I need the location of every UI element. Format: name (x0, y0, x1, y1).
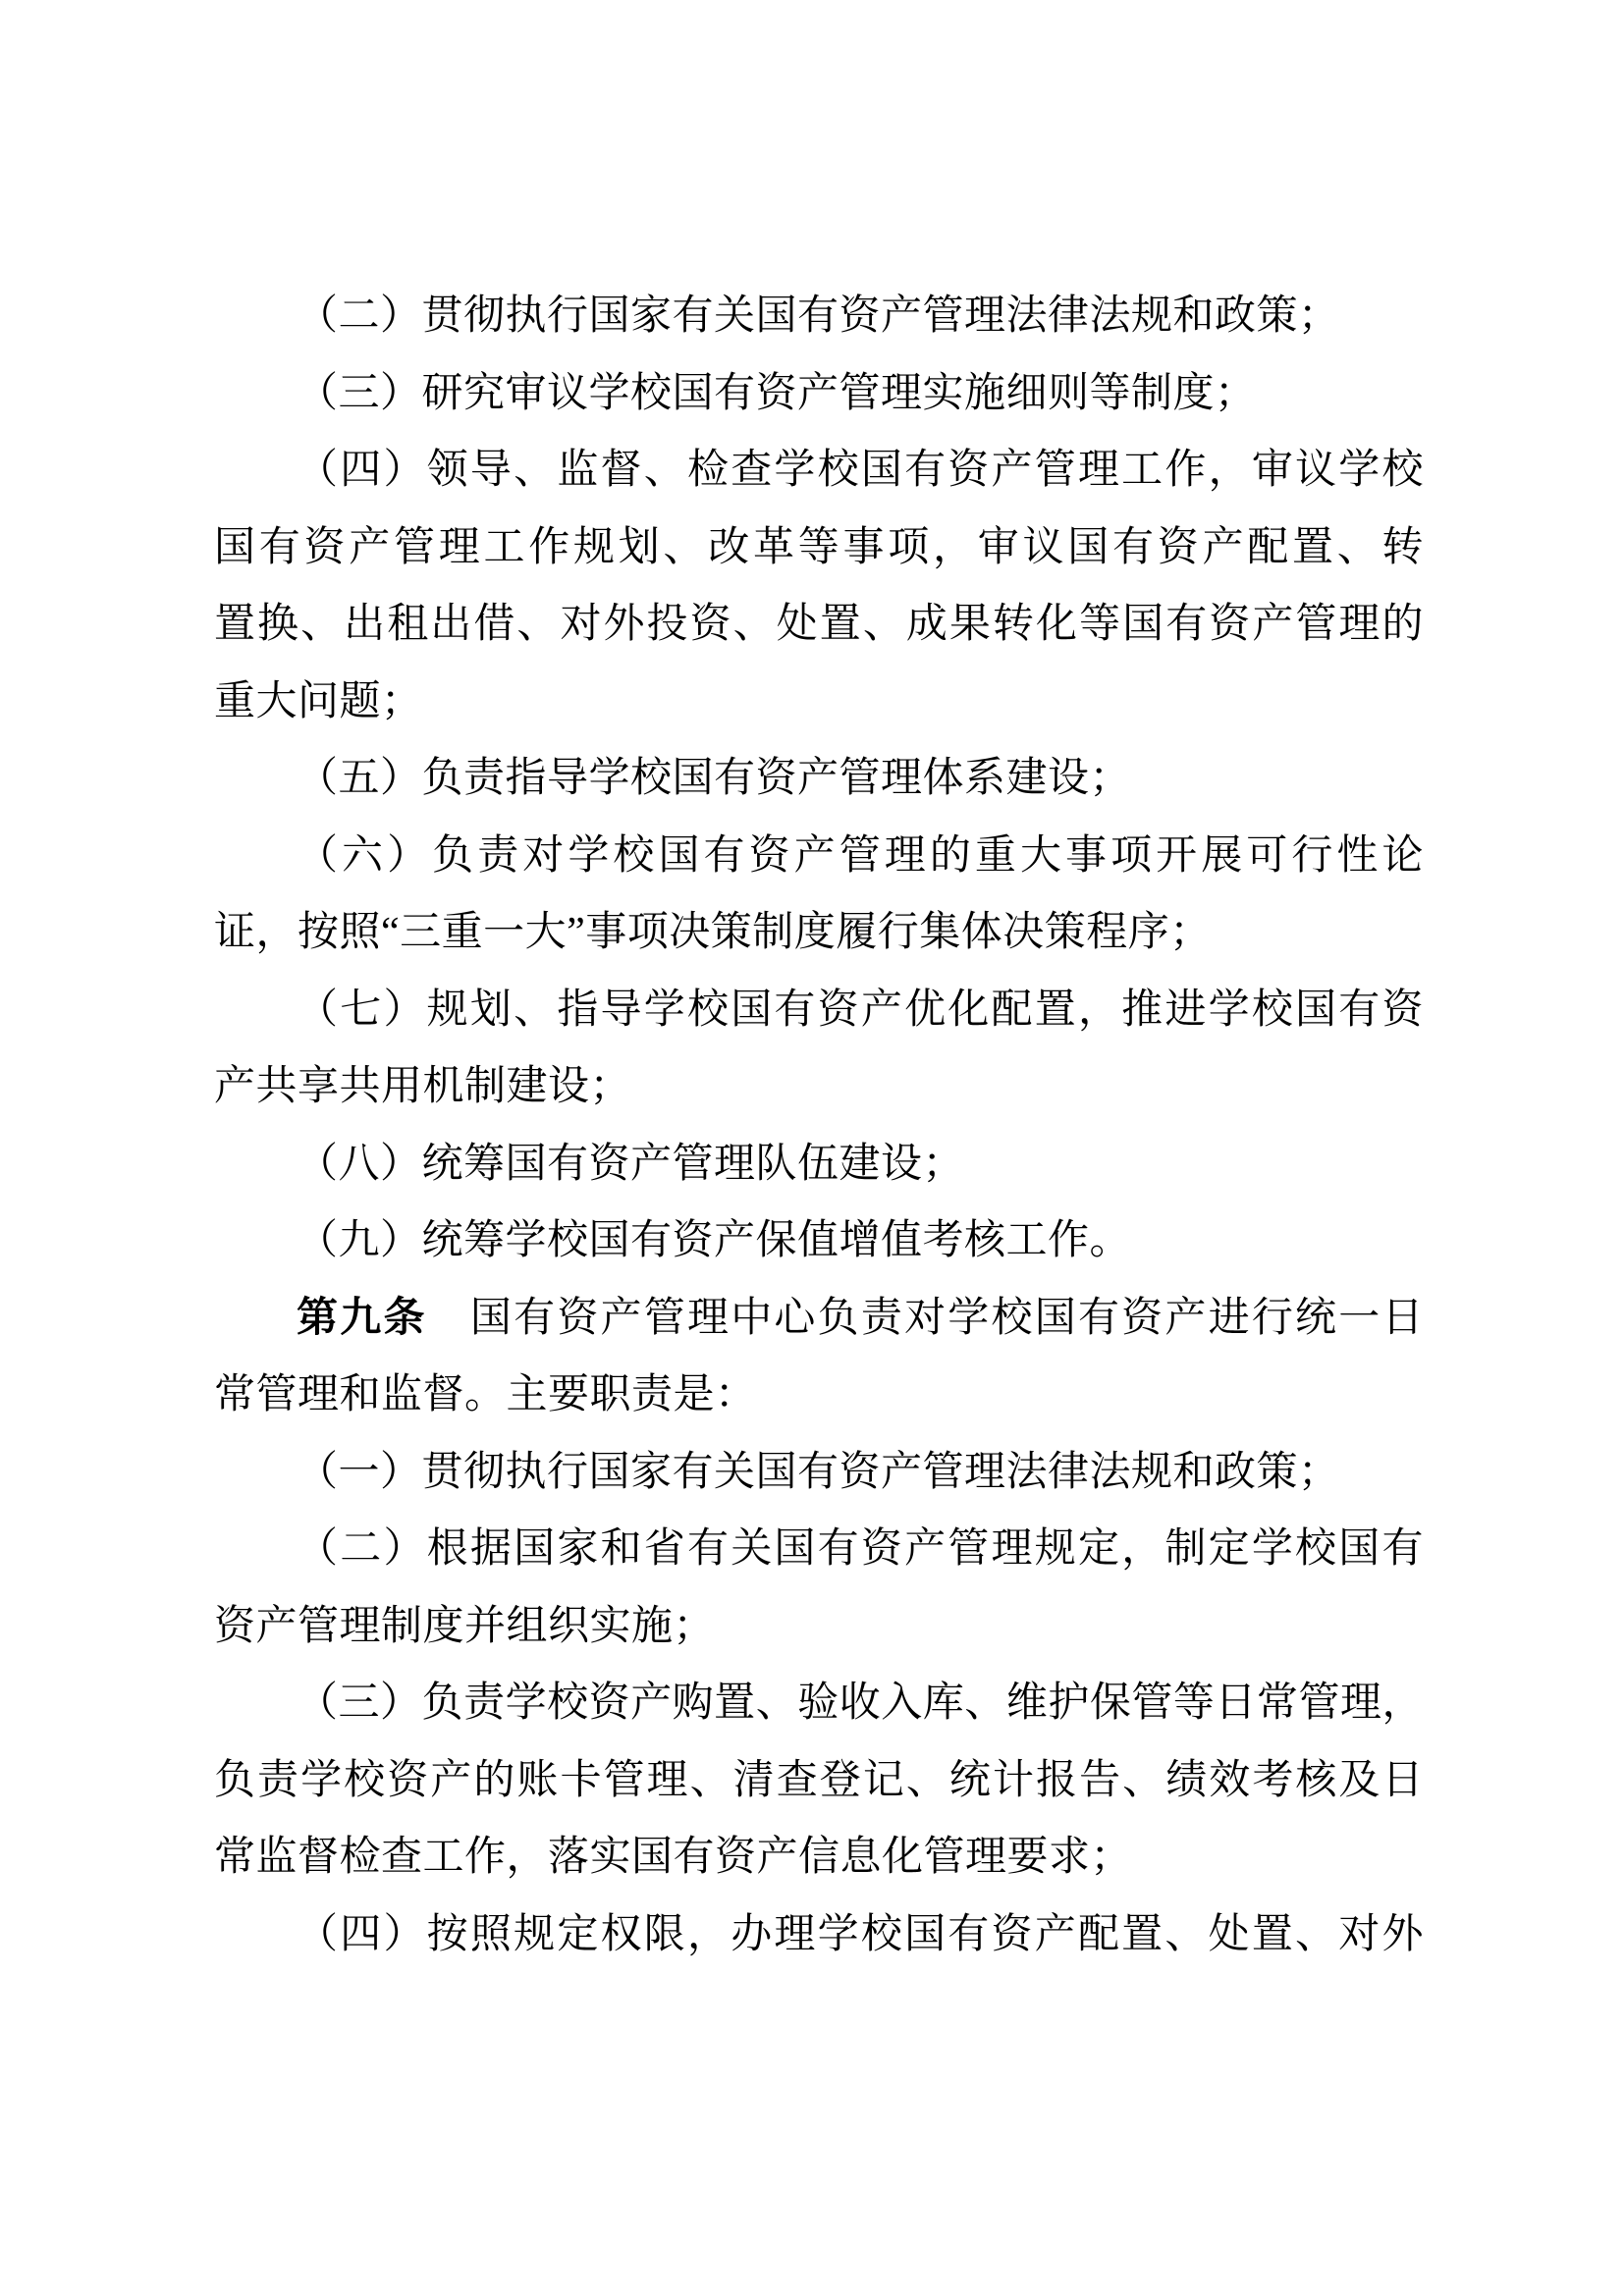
document-line: 常监督检查工作，落实国有资产信息化管理要求； (214, 1819, 1424, 1896)
document-line: （三）研究审议学校国有资产管理实施细则等制度； (214, 355, 1424, 433)
document-line: 置换、出租出借、对外投资、处置、成果转化等国有资产管理的 (214, 586, 1424, 664)
document-line: （八）统筹国有资产管理队伍建设； (214, 1126, 1424, 1203)
document-line: 负责学校资产的账卡管理、清查登记、统计报告、绩效考核及日 (214, 1742, 1424, 1820)
document-line: （六）负责对学校国有资产管理的重大事项开展可行性论 (214, 818, 1424, 895)
document-line: （二）根据国家和省有关国有资产管理规定，制定学校国有 (214, 1511, 1424, 1588)
a4-page: （二）贯彻执行国家有关国有资产管理法律法规和政策； （三）研究审议学校国有资产管… (0, 0, 1624, 2296)
document-line: （九）统筹学校国有资产保值增值考核工作。 (214, 1202, 1424, 1280)
document-line: 常管理和监督。主要职责是： (214, 1357, 1424, 1434)
document-text-block: （二）贯彻执行国家有关国有资产管理法律法规和政策； （三）研究审议学校国有资产管… (214, 278, 1424, 1973)
article-9-number-label: 第九条 (297, 1296, 427, 1341)
document-line: 重大问题； (214, 664, 1424, 741)
document-line: （三）负责学校资产购置、验收入库、维护保管等日常管理， (214, 1665, 1424, 1742)
article-9-text: 国有资产管理中心负责对学校国有资产进行统一日 (427, 1296, 1424, 1341)
document-line: 国有资产管理工作规划、改革等事项，审议国有资产配置、转让、 (214, 509, 1424, 587)
document-line-article-9: 第九条 国有资产管理中心负责对学校国有资产进行统一日 (214, 1280, 1424, 1358)
document-line: （七）规划、指导学校国有资产优化配置，推进学校国有资 (214, 972, 1424, 1049)
document-line: （四）领导、监督、检查学校国有资产管理工作，审议学校 (214, 432, 1424, 509)
document-line: （四）按照规定权限，办理学校国有资产配置、处置、对外 (214, 1896, 1424, 1974)
document-line: （五）负责指导学校国有资产管理体系建设； (214, 740, 1424, 818)
document-line: 资产管理制度并组织实施； (214, 1588, 1424, 1666)
document-line: （一）贯彻执行国家有关国有资产管理法律法规和政策； (214, 1434, 1424, 1512)
document-line: （二）贯彻执行国家有关国有资产管理法律法规和政策； (214, 278, 1424, 355)
document-line: 产共享共用机制建设； (214, 1048, 1424, 1126)
document-line: 证，按照“三重一大”事项决策制度履行集体决策程序； (214, 894, 1424, 972)
